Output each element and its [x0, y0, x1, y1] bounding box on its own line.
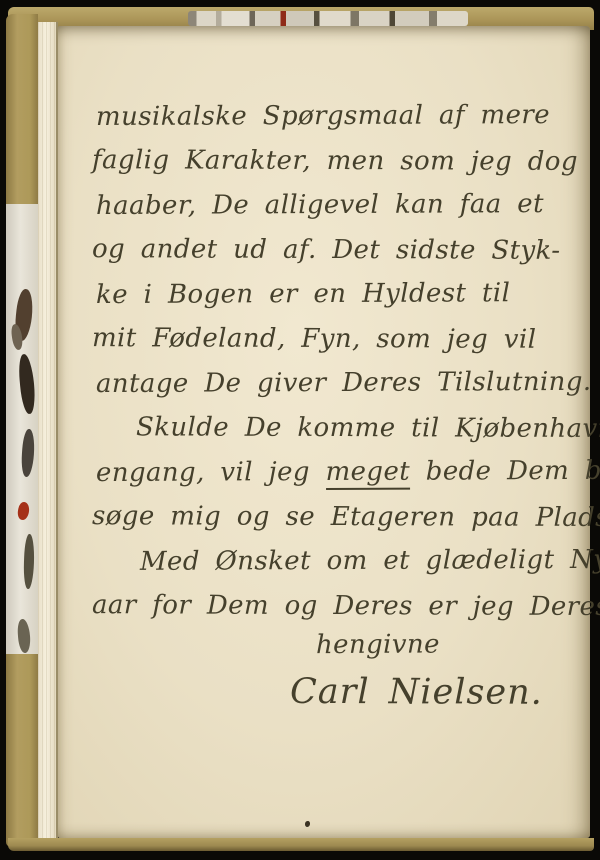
paint-chip: [23, 534, 35, 589]
worn-paint-strip-left: [6, 204, 38, 654]
handwritten-text: faglig Karakter, men som jeg dog: [92, 145, 578, 177]
handwritten-text: musikalske Spørgsmaal af mere: [96, 100, 550, 132]
worn-paint-strip-top: [188, 11, 468, 26]
paint-chip: [17, 619, 31, 654]
handwritten-text: engang, vil jeg: [96, 457, 326, 488]
handwritten-text: Skulde De komme til Kjøbenhavn: [136, 412, 600, 444]
underlined-word: meget: [325, 457, 410, 490]
handwritten-text: ke i Bogen er en Hyldest til: [96, 278, 510, 310]
letter-body: musikalske Spørgsmaal af merefaglig Kara…: [96, 94, 566, 724]
letter-page: musikalske Spørgsmaal af merefaglig Kara…: [58, 26, 590, 838]
ink-speck: [305, 821, 310, 827]
letter-line: haaber, De alligevel kan faa et: [96, 182, 566, 229]
handwritten-text: hengivne: [316, 630, 440, 661]
handwritten-text: Med Ønsket om et glædeligt Nyt-: [140, 545, 600, 577]
letter-line: antage De giver Deres Tilslutning.: [96, 360, 566, 407]
letter-line: engang, vil jeg meget bede Dem be-: [96, 449, 566, 496]
book-cover-left-edge: [6, 14, 38, 847]
paint-chip: [17, 354, 36, 415]
handwritten-text: søge mig og se Etageren paa Plads.: [92, 501, 600, 533]
handwritten-text: mit Fødeland, Fyn, som jeg vil: [92, 323, 536, 355]
red-paint-fleck: [17, 501, 31, 521]
handwritten-text: Carl Nielsen.: [290, 672, 543, 713]
handwritten-text: haaber, De alligevel kan faa et: [96, 189, 544, 221]
paint-chip: [20, 429, 35, 478]
letter-line: og andet ud af. Det sidste Styk-: [92, 227, 566, 273]
letter-line: musikalske Spørgsmaal af mere: [96, 93, 566, 140]
letter-line: Skulde De komme til Kjøbenhavn: [92, 405, 566, 451]
signature: Carl Nielsen.: [92, 665, 566, 725]
handwritten-text: og andet ud af. Det sidste Styk-: [92, 234, 561, 266]
page-block-fore-edge: [38, 22, 58, 848]
letter-line: ke i Bogen er en Hyldest til: [96, 271, 566, 318]
handwritten-text: bede Dem be-: [410, 456, 600, 487]
letter-line: søge mig og se Etageren paa Plads.: [92, 494, 566, 540]
letter-line: Med Ønsket om et glædeligt Nyt-: [96, 538, 566, 585]
handwritten-text: aar for Dem og Deres er jeg Deres: [92, 590, 600, 622]
letter-line: aar for Dem og Deres er jeg Deres: [92, 583, 566, 629]
letter-line: faglig Karakter, men som jeg dog: [92, 138, 566, 184]
book-cover-bottom-edge: [8, 838, 594, 851]
valediction: hengivne: [96, 627, 566, 667]
worn-paint-strip-bottom: [193, 840, 488, 849]
scanned-book-photo: musikalske Spørgsmaal af merefaglig Kara…: [0, 0, 600, 860]
letter-line: mit Fødeland, Fyn, som jeg vil: [92, 316, 566, 362]
handwritten-text: antage De giver Deres Tilslutning.: [96, 367, 592, 399]
